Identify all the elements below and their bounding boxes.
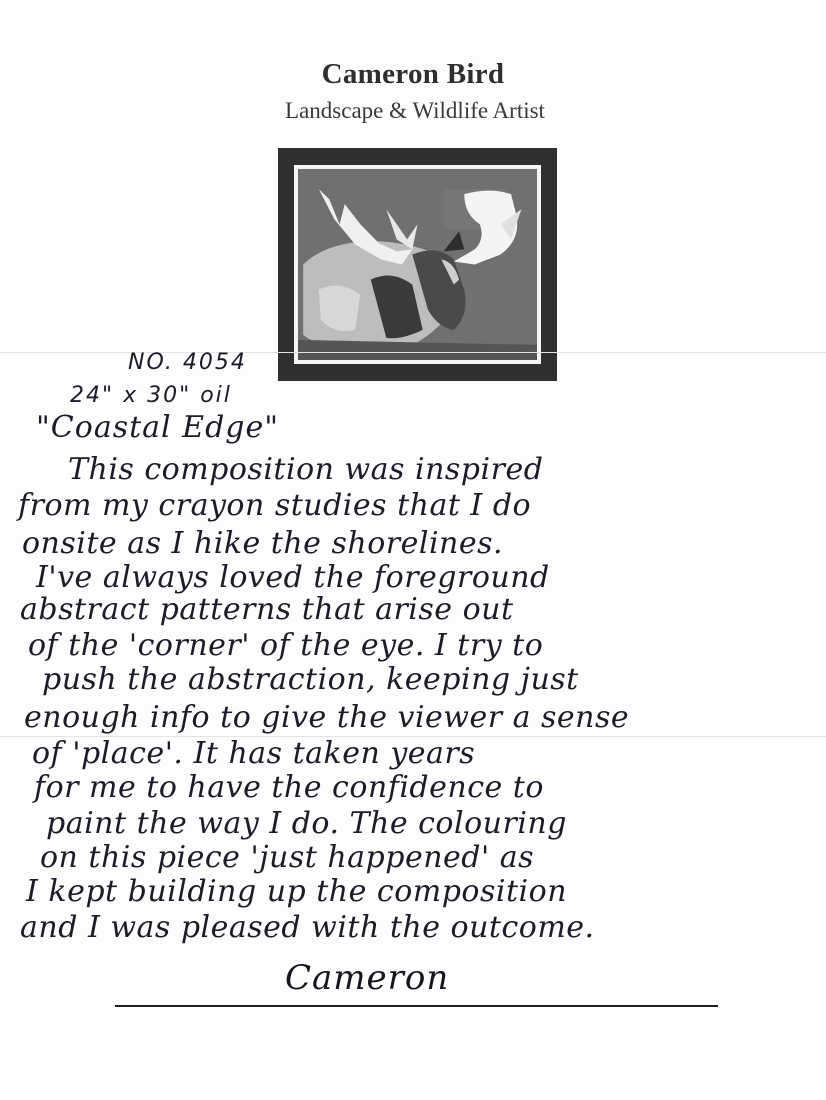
note-line: push the abstraction, keeping just: [42, 662, 579, 697]
artwork-frame: [278, 148, 557, 381]
artwork-title: "Coastal Edge": [36, 410, 279, 445]
note-line: I kept building up the composition: [26, 874, 567, 909]
note-line: of the 'corner' of the eye. I try to: [28, 628, 543, 663]
note-line: abstract patterns that arise out: [20, 592, 514, 627]
note-line: of 'place'. It has taken years: [32, 736, 475, 771]
letterhead-subtitle: Landscape & Wildlife Artist: [0, 98, 826, 124]
paper-fold-line: [0, 352, 826, 353]
note-line: I've always loved the foreground: [36, 560, 550, 595]
moose-icon: [298, 169, 537, 360]
note-line: and I was pleased with the outcome.: [20, 910, 595, 945]
note-line: paint the way I do. The colouring: [46, 806, 567, 841]
artwork-dimensions: 24" x 30" oil: [70, 383, 232, 408]
note-line: onsite as I hike the shorelines.: [22, 526, 503, 561]
artist-signature: Cameron: [285, 958, 449, 998]
catalog-number: NO. 4054: [128, 350, 247, 375]
note-line: This composition was inspired: [68, 452, 543, 487]
moose-painting-image: [298, 169, 537, 360]
note-line: enough info to give the viewer a sense: [24, 700, 629, 735]
note-line: on this piece 'just happened' as: [40, 840, 534, 875]
note-line: from my crayon studies that I do: [18, 488, 531, 523]
note-line: for me to have the confidence to: [34, 770, 544, 805]
signature-line: [115, 1005, 718, 1007]
letterhead-name: Cameron Bird: [0, 58, 826, 91]
artwork-mat: [294, 165, 541, 364]
